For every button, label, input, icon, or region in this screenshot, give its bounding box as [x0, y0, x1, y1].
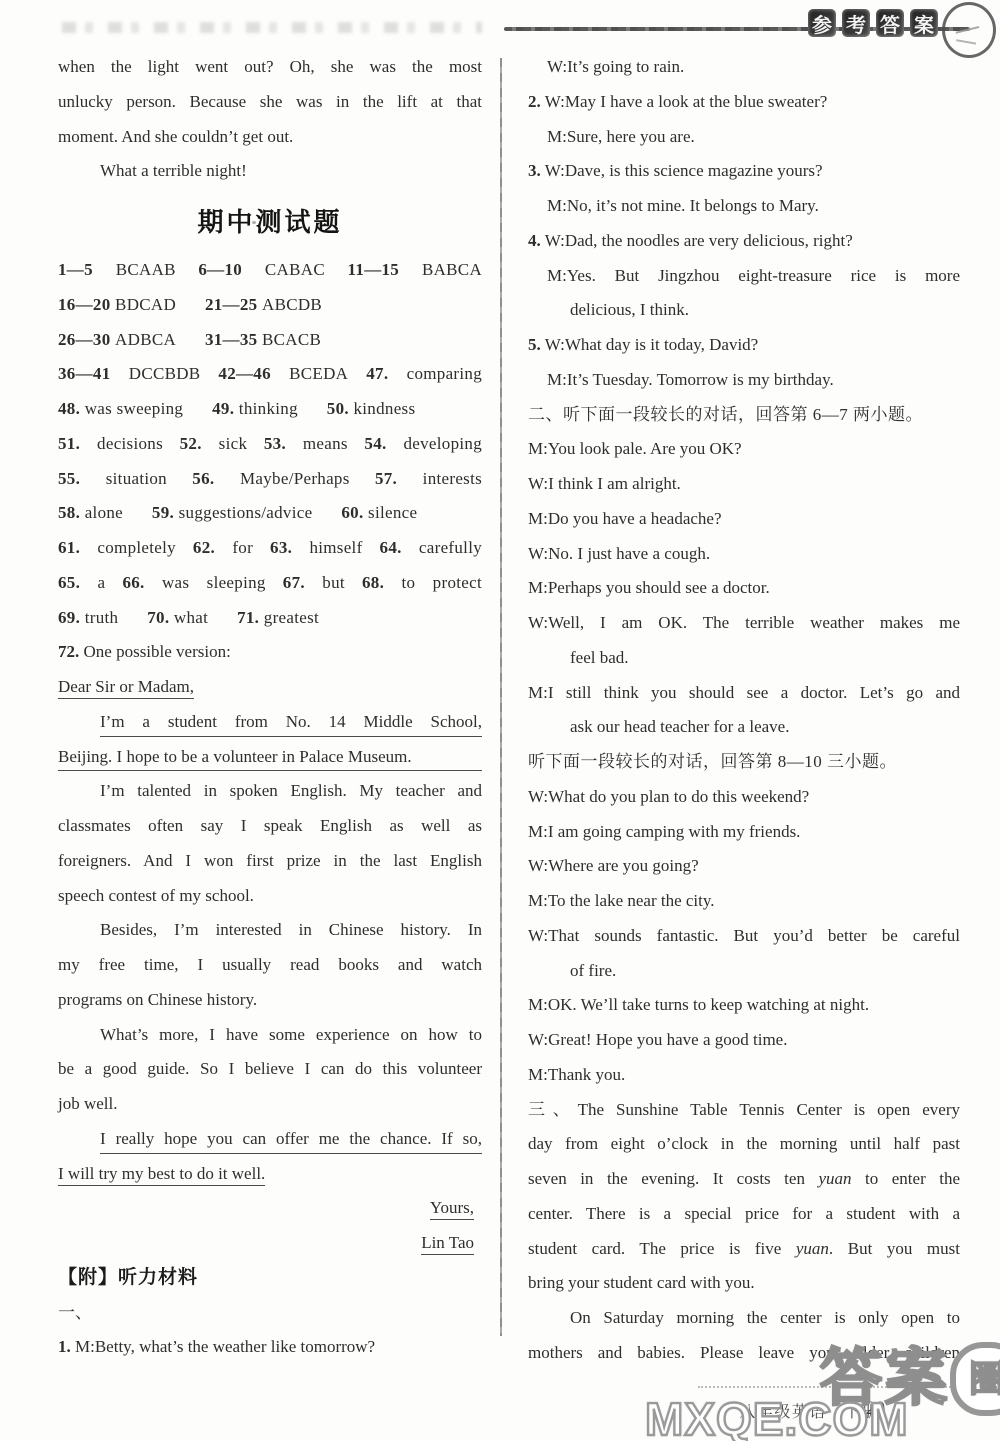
- column-divider: [500, 58, 502, 1336]
- watermark-site: MXQE.COM: [645, 1396, 909, 1441]
- left-column: when the light went out? Oh, she was the…: [58, 50, 482, 1365]
- text-line: M:OK. We’ll take turns to keep watching …: [528, 988, 960, 1023]
- text-line: 3. W:Dave, is this science magazine your…: [528, 154, 960, 189]
- text-line: 1. M:Betty, what’s the weather like tomo…: [58, 1330, 482, 1365]
- part-two-heading: 二、听下面一段较长的对话，回答第 6—7 两小题。: [528, 398, 960, 433]
- text-line: when the light went out? Oh, she was the…: [58, 50, 482, 85]
- letter-closing: Yours,: [58, 1191, 482, 1226]
- text-line: programs on Chinese history.: [58, 983, 482, 1018]
- text-line: seven in the evening. It costs ten yuan …: [528, 1162, 960, 1197]
- text-line: feel bad.: [528, 641, 960, 676]
- text-line: of fire.: [528, 954, 960, 989]
- watermark-badge-char: 圈: [969, 1361, 1000, 1397]
- listening-materials-heading: 【附】听力材料: [58, 1261, 482, 1296]
- faded-header-text: [62, 22, 482, 33]
- text-line: W:No. I just have a cough.: [528, 537, 960, 572]
- answer-row: 1—5 BCAAB 6—10 CABAC 11—15 BABCA: [58, 253, 482, 288]
- part-two-b-heading: 听下面一段较长的对话，回答第 8—10 三小题。: [528, 745, 960, 780]
- page: 参 考 答 案 when the light went out? Oh, she…: [0, 0, 1000, 1441]
- text-line: M:It’s Tuesday. Tomorrow is my birthday.: [528, 363, 960, 398]
- text-line: I’m a student from No. 14 Middle School,: [58, 705, 482, 740]
- text-line: day from eight o’clock in the morning un…: [528, 1127, 960, 1162]
- text-line: M:Sure, here you are.: [528, 120, 960, 155]
- text-line: Besides, I’m interested in Chinese histo…: [58, 913, 482, 948]
- answer-row: 65. a 66. was sleeping 67. but 68. to pr…: [58, 566, 482, 601]
- text-line: ask our head teacher for a leave.: [528, 710, 960, 745]
- text-line: What a terrible night!: [58, 154, 482, 189]
- text-line: M:Yes. But Jingzhou eight-treasure rice …: [528, 259, 960, 294]
- right-column: W:It’s going to rain.2. W:May I have a l…: [528, 50, 960, 1371]
- text-line: center. There is a special price for a s…: [528, 1197, 960, 1232]
- letter-salutation: Dear Sir or Madam,: [58, 670, 482, 705]
- text-line: job well.: [58, 1087, 482, 1122]
- text-line: W:Well, I am OK. The terrible weather ma…: [528, 606, 960, 641]
- text-line: 2. W:May I have a look at the blue sweat…: [528, 85, 960, 120]
- logo-char-box: 参: [808, 9, 836, 37]
- answer-row: 36—41 DCCBDB 42—46 BCEDA 47. comparing: [58, 357, 482, 392]
- text-line: delicious, I think.: [528, 293, 960, 328]
- text-line: 4. W:Dad, the noodles are very delicious…: [528, 224, 960, 259]
- text-line: M:I am going camping with my friends.: [528, 815, 960, 850]
- letter-signature: Lin Tao: [58, 1226, 482, 1261]
- text-line: W:I think I am alright.: [528, 467, 960, 502]
- text-line: W:Great! Hope you have a good time.: [528, 1023, 960, 1058]
- text-line: M:To the lake near the city.: [528, 884, 960, 919]
- logo-char-box: 答: [876, 9, 904, 37]
- answer-row: 16—20 BDCAD 21—25 ABCDB: [58, 288, 482, 323]
- text-line: Beijing. I hope to be a volunteer in Pal…: [58, 740, 482, 775]
- text-line: 5. W:What day is it today, David?: [528, 328, 960, 363]
- text-line: On Saturday morning the center is only o…: [528, 1301, 960, 1336]
- text-line: W:That sounds fantastic. But you’d bette…: [528, 919, 960, 954]
- logo-char-box: 案: [910, 9, 938, 37]
- text-line: M:I still think you should see a doctor.…: [528, 676, 960, 711]
- part-three-text: 三、The Sunshine Table Tennis Center is op…: [528, 1093, 960, 1128]
- watermark-badge-icon: 圈: [950, 1342, 1000, 1416]
- text-line: I really hope you can offer me the chanc…: [58, 1122, 482, 1157]
- answer-row: 69. truth 70. what 71. greatest: [58, 601, 482, 636]
- text-line: M:No, it’s not mine. It belongs to Mary.: [528, 189, 960, 224]
- text-line: moment. And she couldn’t get out.: [58, 120, 482, 155]
- text-line: foreigners. And I won first prize in the…: [58, 844, 482, 879]
- logo-char-box: 考: [842, 9, 870, 37]
- text-line: speech contest of my school.: [58, 879, 482, 914]
- text-line: bring your student card with you.: [528, 1266, 960, 1301]
- text-line: student card. The price is five yuan. Bu…: [528, 1232, 960, 1267]
- text-line: my free time, I usually read books and w…: [58, 948, 482, 983]
- text-line: M:Thank you.: [528, 1058, 960, 1093]
- text-line: M:Do you have a headache?: [528, 502, 960, 537]
- text-line: classmates often say I speak English as …: [58, 809, 482, 844]
- text-line: unlucky person. Because she was in the l…: [58, 85, 482, 120]
- answer-row: 55. situation 56. Maybe/Perhaps 57. inte…: [58, 462, 482, 497]
- text-line: 72. One possible version:: [58, 635, 482, 670]
- answer-row: 26—30 ADBCA 31—35 BCACB: [58, 323, 482, 358]
- answer-row: 48. was sweeping 49. thinking 50. kindne…: [58, 392, 482, 427]
- text-line: M:You look pale. Are you OK?: [528, 432, 960, 467]
- text-line: What’s more, I have some experience on h…: [58, 1018, 482, 1053]
- answer-row: 58. alone 59. suggestions/advice 60. sil…: [58, 496, 482, 531]
- text-line: W:Where are you going?: [528, 849, 960, 884]
- answer-row: 51. decisions 52. sick 53. means 54. dev…: [58, 427, 482, 462]
- part-one-label: 一、: [58, 1296, 482, 1331]
- text-line: M:Perhaps you should see a doctor.: [528, 571, 960, 606]
- text-line: be a good guide. So I believe I can do t…: [58, 1052, 482, 1087]
- text-line: W:What do you plan to do this weekend?: [528, 780, 960, 815]
- text-line: I will try my best to do it well.: [58, 1157, 482, 1192]
- answer-row: 61. completely 62. for 63. himself 64. c…: [58, 531, 482, 566]
- answers-logo: 参 考 答 案: [808, 9, 938, 37]
- text-line: I’m talented in spoken English. My teach…: [58, 774, 482, 809]
- section-title: 期中测试题: [58, 202, 482, 242]
- text-line: W:It’s going to rain.: [528, 50, 960, 85]
